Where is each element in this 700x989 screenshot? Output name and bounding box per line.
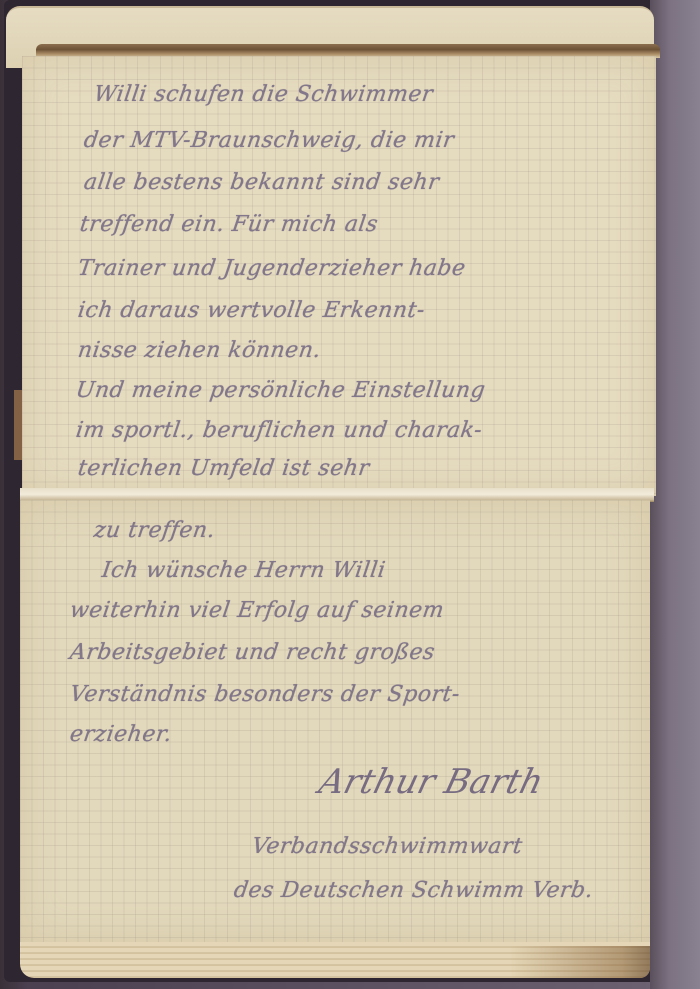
text-line: alle bestens bekannt sind sehr	[82, 170, 441, 195]
text-line: der MTV-Braunschweig, die mir	[82, 128, 456, 153]
text-line: Ich wünsche Herrn Willi	[100, 558, 387, 583]
text-line: treffend ein. Für mich als	[78, 212, 379, 237]
text-line: Willi schufen die Schwimmer	[92, 82, 434, 107]
text-line: im sportl., beruflichen und charak-	[74, 418, 484, 443]
page-stack-bottom-edge	[20, 942, 650, 978]
signer-title-line: des Deutschen Schwimm Verb.	[232, 878, 595, 903]
text-line: Verständnis besonders der Sport-	[68, 682, 461, 707]
signature: Arthur Barth	[315, 762, 547, 802]
text-line: ich daraus wertvolle Erkennt-	[76, 298, 426, 323]
text-line: zu treffen.	[92, 518, 217, 543]
signer-title-line: Verbandsschwimmwart	[250, 834, 524, 859]
text-line: Und meine persönliche Einstellung	[74, 378, 487, 403]
text-line: nisse ziehen können.	[76, 338, 322, 363]
text-line: terlichen Umfeld ist sehr	[76, 456, 371, 481]
upper-page: Willi schufen die Schwimmer der MTV-Brau…	[22, 56, 656, 496]
text-line: weiterhin viel Erfolg auf seinem	[68, 598, 446, 623]
text-line: erzieher.	[68, 722, 173, 747]
background-surface	[650, 0, 700, 989]
text-line: Trainer und Jugenderzieher habe	[76, 256, 467, 281]
paper-stain	[14, 390, 22, 460]
text-line: Arbeitsgebiet und recht großes	[68, 640, 436, 665]
lower-page: zu treffen. Ich wünsche Herrn Willi weit…	[20, 500, 650, 942]
